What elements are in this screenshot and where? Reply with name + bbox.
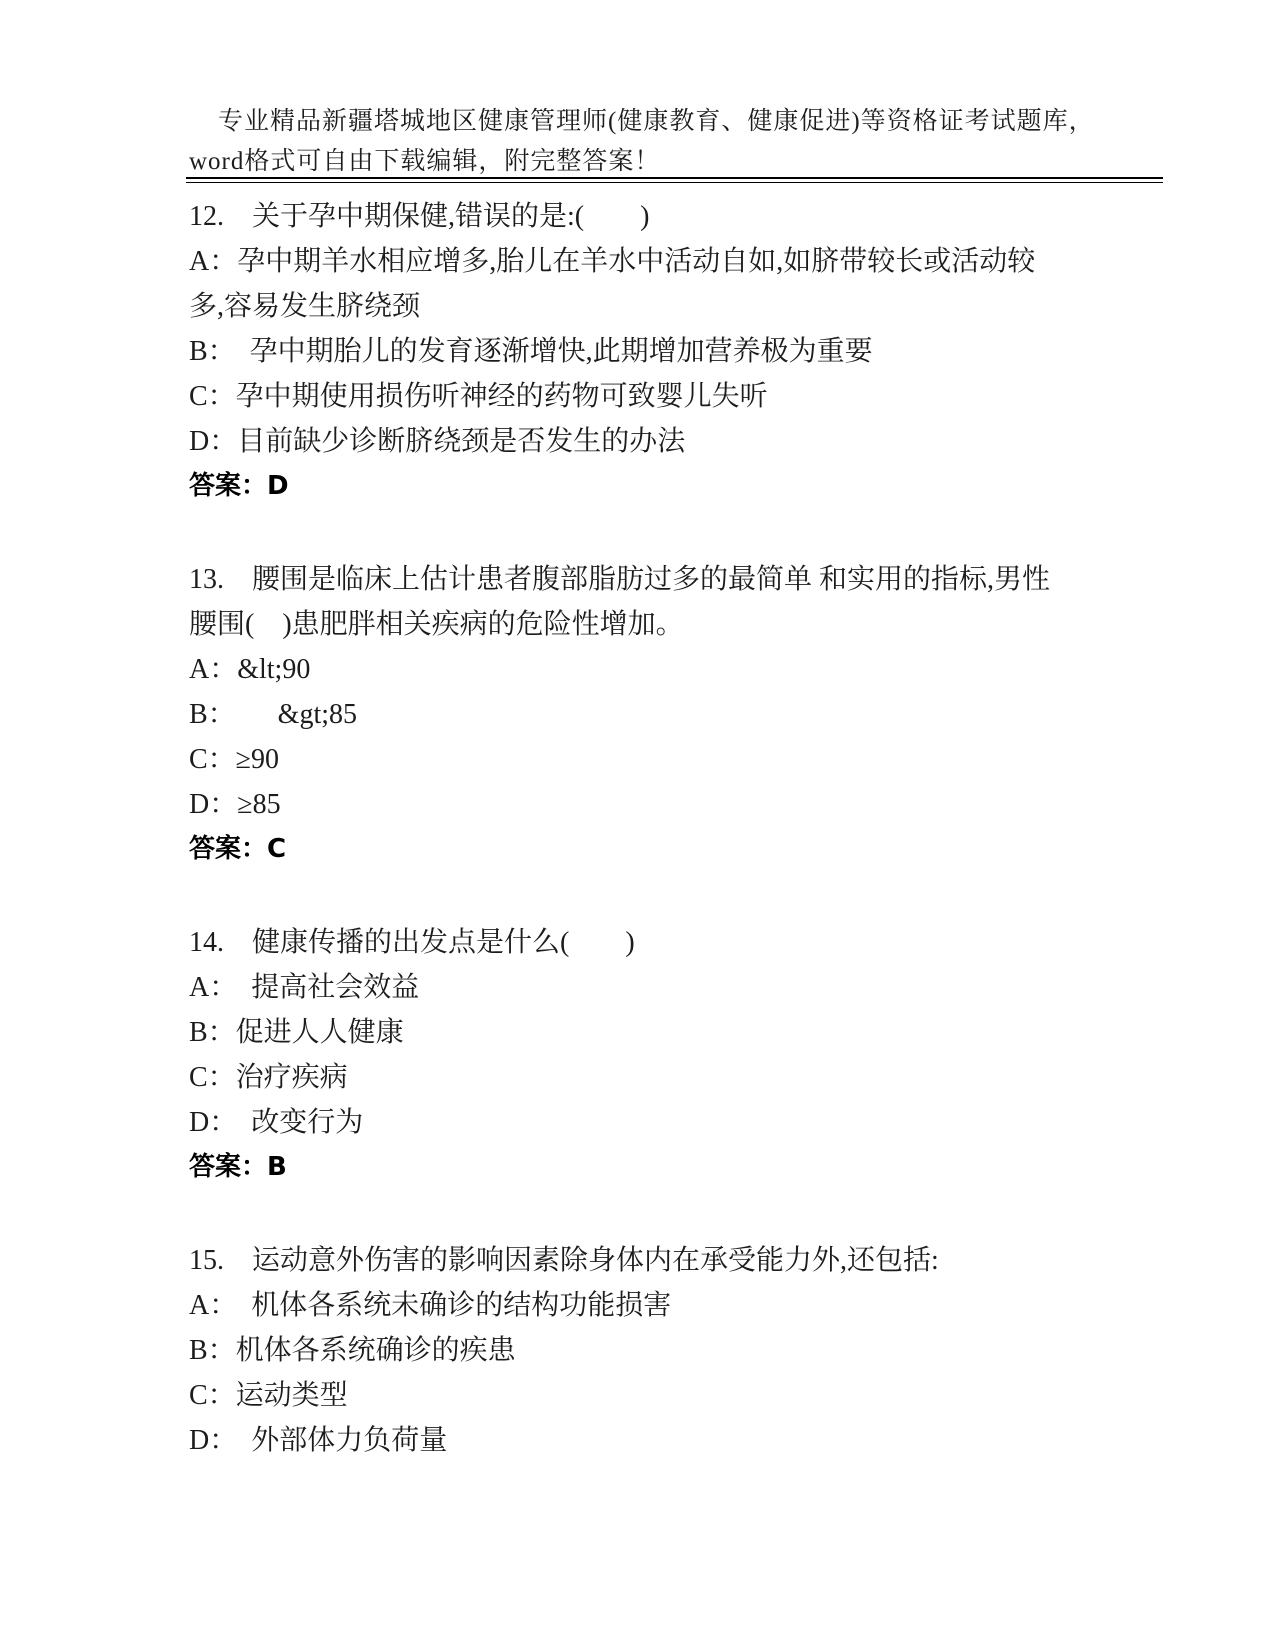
question-stem: 12. 关于孕中期保健,错误的是:( ) — [189, 194, 1057, 239]
option-c: C：治疗疾病 — [189, 1055, 1057, 1100]
option-a: A： 机体各系统未确诊的结构功能损害 — [189, 1283, 1057, 1328]
header-text: 专业精品新疆塔城地区健康管理师(健康教育、健康促进)等资格证考试题库，word格… — [189, 108, 1095, 175]
question-13: 13. 腰围是临床上估计患者腹部脂肪过多的最简单 和实用的指标,男性腰围( )患… — [189, 557, 1057, 872]
question-stem: 14. 健康传播的出发点是什么( ) — [189, 920, 1057, 965]
answer-line: 答案：D — [189, 464, 1057, 509]
option-c: C：运动类型 — [189, 1373, 1057, 1418]
document-body: 12. 关于孕中期保健,错误的是:( ) A：孕中期羊水相应增多,胎儿在羊水中活… — [189, 194, 1057, 1463]
option-d: D： 改变行为 — [189, 1100, 1057, 1145]
option-c: C：≥90 — [189, 737, 1057, 782]
header-divider — [186, 177, 1163, 183]
option-b: B： 孕中期胎儿的发育逐渐增快,此期增加营养极为重要 — [189, 329, 1057, 374]
question-15: 15. 运动意外伤害的影响因素除身体内在承受能力外,还包括: A： 机体各系统未… — [189, 1238, 1057, 1463]
option-b: B：机体各系统确诊的疾患 — [189, 1328, 1057, 1373]
option-b: B： &gt;85 — [189, 692, 1057, 737]
option-b: B：促进人人健康 — [189, 1010, 1057, 1055]
question-14: 14. 健康传播的出发点是什么( ) A： 提高社会效益 B：促进人人健康 C：… — [189, 920, 1057, 1190]
question-stem: 15. 运动意外伤害的影响因素除身体内在承受能力外,还包括: — [189, 1238, 1057, 1283]
answer-line: 答案：B — [189, 1145, 1057, 1190]
option-d: D：目前缺少诊断脐绕颈是否发生的办法 — [189, 419, 1057, 464]
answer-line: 答案：C — [189, 827, 1057, 872]
option-a: A： 提高社会效益 — [189, 965, 1057, 1010]
question-12: 12. 关于孕中期保健,错误的是:( ) A：孕中期羊水相应增多,胎儿在羊水中活… — [189, 194, 1057, 509]
option-c: C：孕中期使用损伤听神经的药物可致婴儿失听 — [189, 374, 1057, 419]
option-a: A：孕中期羊水相应增多,胎儿在羊水中活动自如,如脐带较长或活动较多,容易发生脐绕… — [189, 239, 1057, 329]
option-a: A：&lt;90 — [189, 647, 1057, 692]
question-stem: 13. 腰围是临床上估计患者腹部脂肪过多的最简单 和实用的指标,男性腰围( )患… — [189, 557, 1057, 647]
document-page: 专业精品新疆塔城地区健康管理师(健康教育、健康促进)等资格证考试题库，word格… — [0, 0, 1275, 1650]
option-d: D：≥85 — [189, 782, 1057, 827]
option-d: D： 外部体力负荷量 — [189, 1418, 1057, 1463]
